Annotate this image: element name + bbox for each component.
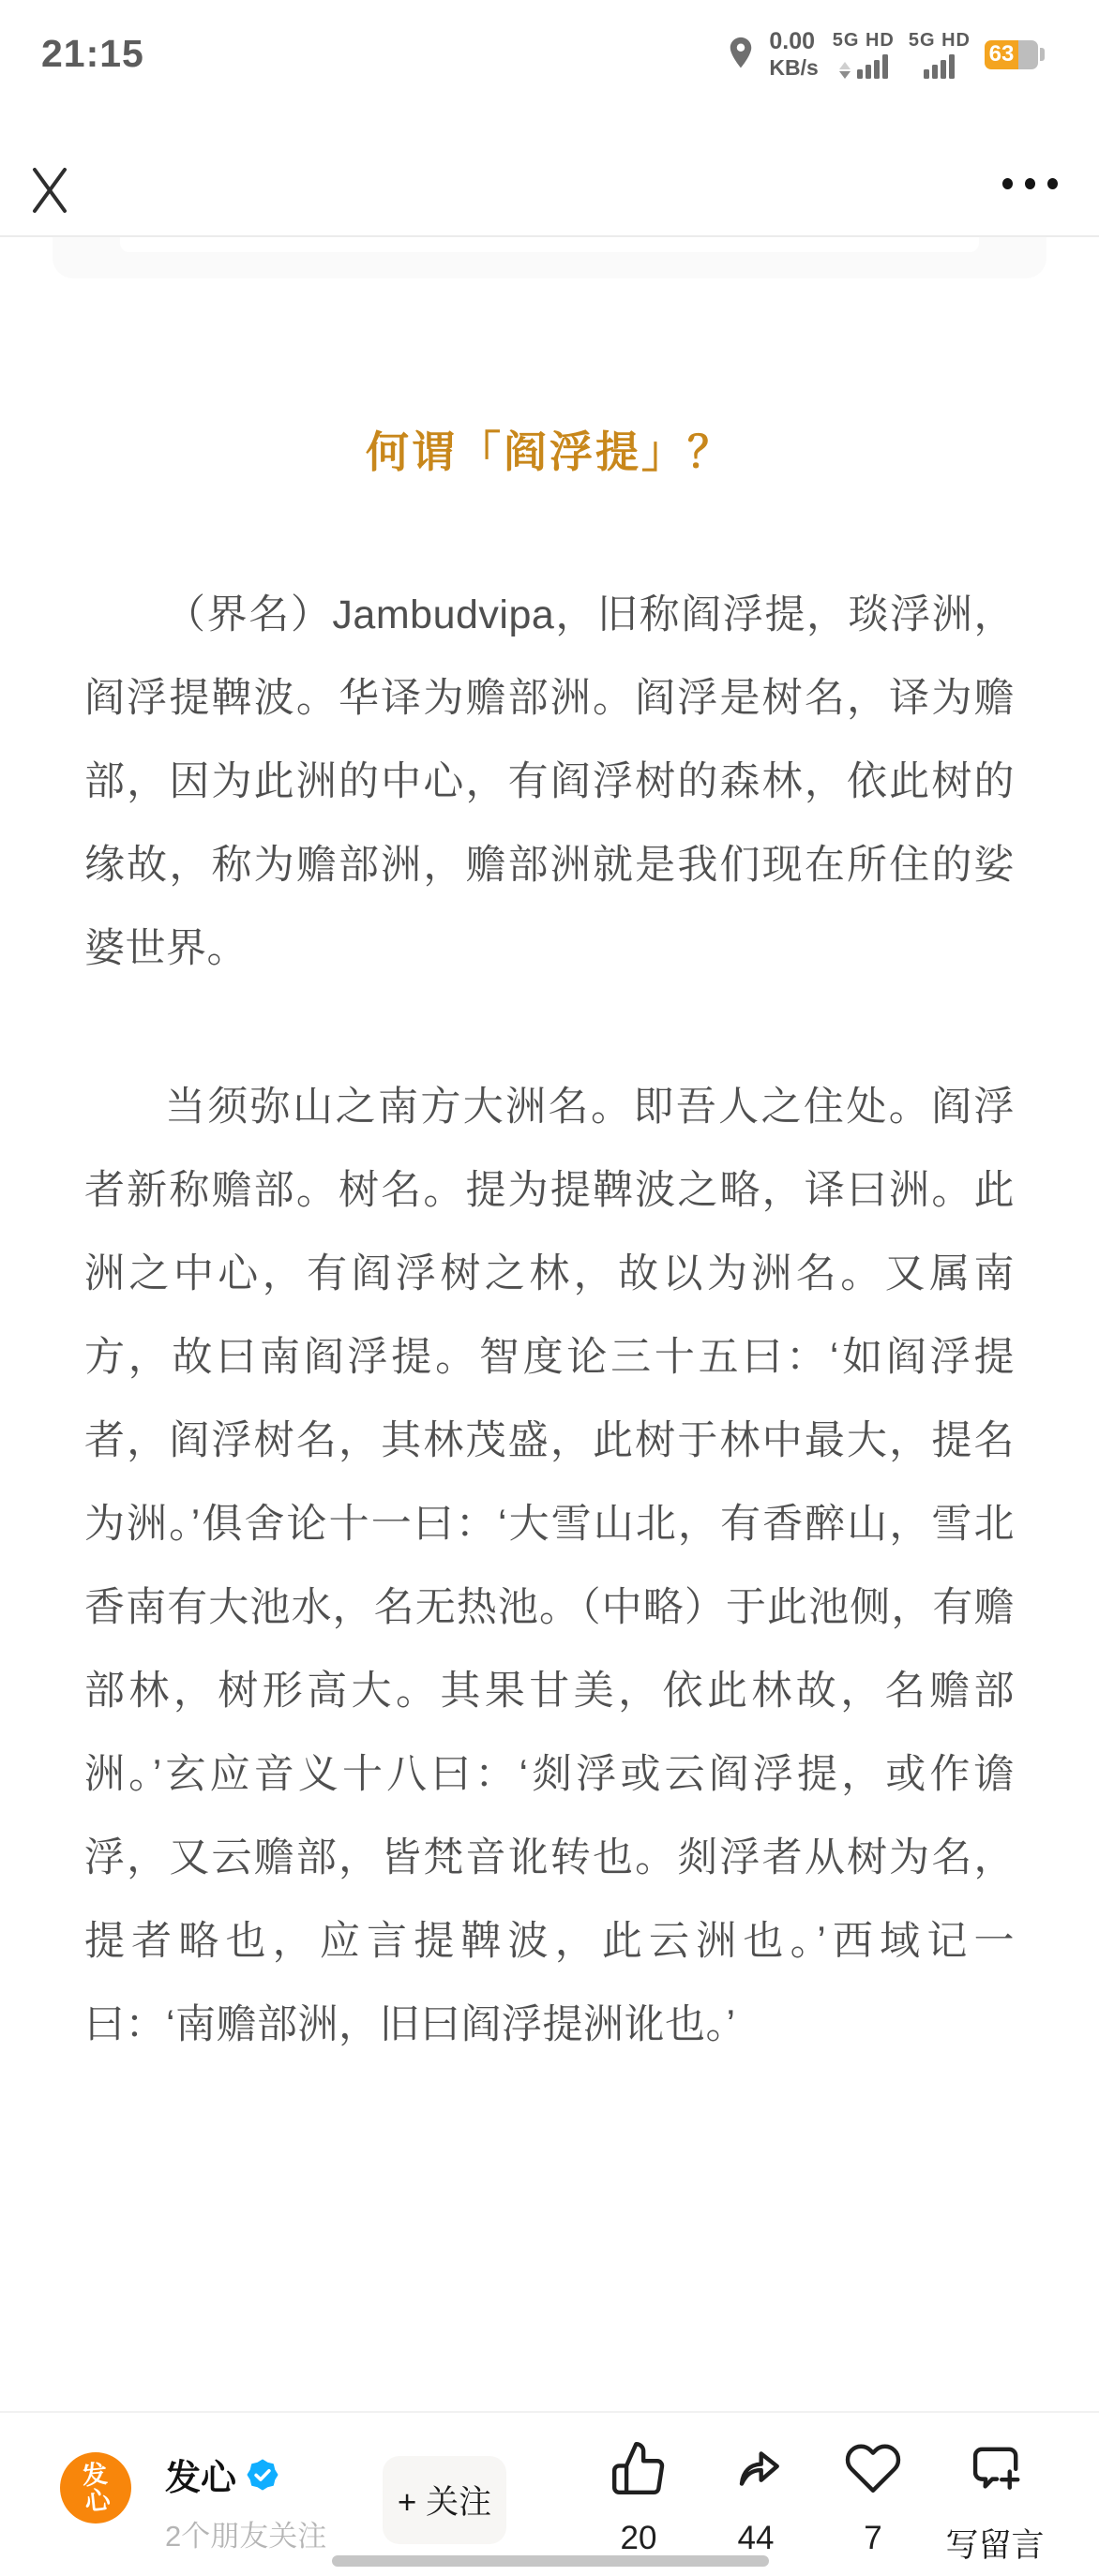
sim2-network-label: 5G HD (909, 30, 971, 52)
share-count: 44 (738, 2520, 775, 2557)
close-icon (28, 165, 71, 216)
location-pin-icon (727, 36, 755, 73)
home-indicator[interactable] (332, 2555, 769, 2567)
verified-badge-icon (246, 2458, 279, 2492)
screen: 21:15 0.00 KB/s 5G HD 5G HD (0, 0, 1099, 2576)
favorite-count: 7 (864, 2520, 881, 2557)
followers-note: 2个朋友关注 (165, 2512, 326, 2554)
footer-bar: 发 心 发心 2个朋友关注 + 关注 20 (0, 2413, 1099, 2576)
thumbs-up-icon (610, 2439, 668, 2497)
data-activity-arrows-icon (839, 62, 851, 79)
sim1-signal-bars (839, 54, 888, 79)
like-button[interactable]: 20 (582, 2439, 695, 2557)
network-speed: 0.00 KB/s (769, 30, 818, 79)
comment-label: 写留言 (945, 2520, 1044, 2567)
account-info[interactable]: 发心 2个朋友关注 (165, 2449, 326, 2554)
sim1-network-label: 5G HD (833, 30, 895, 52)
write-comment-icon (966, 2439, 1024, 2497)
more-button[interactable] (1002, 178, 1058, 189)
network-speed-unit: KB/s (769, 57, 818, 79)
favorite-button[interactable]: 7 (817, 2439, 929, 2557)
share-button[interactable]: 44 (700, 2439, 812, 2557)
paragraph-2: 当须弥山之南方大洲名。即吾人之住处。阎浮者新称赡部。树名。提为提鞞波之略，译曰洲… (84, 1066, 1015, 2067)
sim1-signal: 5G HD (833, 30, 895, 79)
battery-icon: 63 (985, 40, 1045, 69)
status-time: 21:15 (41, 32, 144, 76)
status-icons: 0.00 KB/s 5G HD 5G HD (727, 32, 1045, 77)
more-dots-icon (1002, 178, 1013, 189)
article-title: 何谓「阎浮提」？ (0, 418, 1099, 480)
scrolled-card-remnant (53, 237, 1046, 278)
article-body: （界名）Jambudvipa，旧称阎浮提，琰浮洲，阎浮提鞞波。华译为赡部洲。阎浮… (84, 574, 1015, 2142)
paragraph-1: （界名）Jambudvipa，旧称阎浮提，琰浮洲，阎浮提鞞波。华译为赡部洲。阎浮… (84, 574, 1015, 991)
network-speed-value: 0.00 (769, 30, 818, 53)
avatar-monogram: 发 心 (81, 2460, 112, 2515)
comment-button[interactable]: 写留言 (939, 2439, 1051, 2567)
share-arrow-icon (727, 2439, 785, 2497)
sim2-signal: 5G HD (909, 30, 971, 79)
sim2-signal-bars (924, 54, 955, 79)
follow-button[interactable]: + 关注 (383, 2456, 506, 2544)
avatar[interactable]: 发 心 (60, 2452, 131, 2524)
heart-icon (844, 2439, 902, 2497)
like-count: 20 (621, 2520, 657, 2557)
battery-percent: 63 (985, 40, 1018, 69)
account-name: 发心 (165, 2449, 236, 2500)
close-button[interactable] (28, 165, 71, 216)
